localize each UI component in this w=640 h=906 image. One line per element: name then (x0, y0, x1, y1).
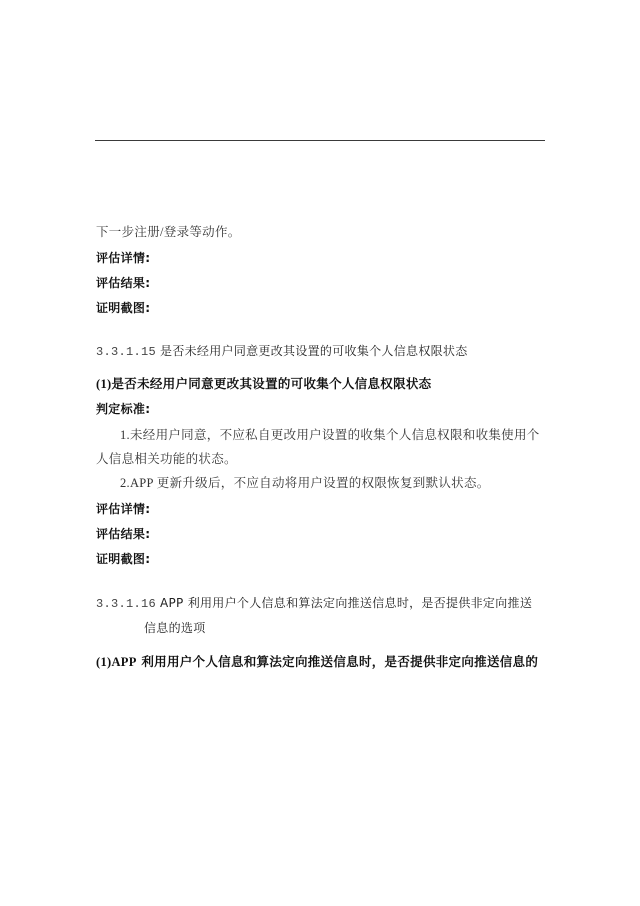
continuation-text: 下一步注册/登录等动作。 (96, 224, 241, 240)
item-1-title-3-3-1-16: (1)APP 利用用户个人信息和算法定向推送信息时，是否提供非定向推送信息的 (96, 654, 538, 670)
assessment-result-label: 评估结果: (96, 275, 150, 291)
criteria-label: 判定标准: (96, 401, 150, 417)
section-heading-3-3-1-16: 3.3.1.16APP 利用用户个人信息和算法定向推送信息时，是否提供非定向推送 (96, 595, 532, 612)
assessment-details-label: 评估详情: (96, 250, 150, 266)
item-title-text: 利用用户个人信息和算法定向推送信息时，是否提供非定向推送信息的 (137, 654, 538, 669)
section-number: 3.3.1.16 (96, 597, 156, 611)
item-title-text: 是否未经用户同意更改其设置的可收集个人信息权限状态 (111, 376, 431, 391)
item-prefix: (1) (96, 377, 111, 391)
assessment-details-label-2: 评估详情: (96, 501, 150, 517)
section-title: 是否未经用户同意更改其设置的可收集个人信息权限状态 (160, 344, 468, 358)
section-title-line2: 信息的选项 (144, 620, 206, 636)
proof-screenshot-label: 证明截图: (96, 300, 150, 316)
criteria-1-line2: 人信息相关功能的状态。 (96, 451, 237, 467)
criteria-1-line1: 1.未经用户同意，不应私自更改用户设置的收集个人信息权限和收集使用个 (120, 427, 540, 443)
proof-screenshot-label-2: 证明截图: (96, 551, 150, 567)
section-heading-3-3-1-15: 3.3.1.15是否未经用户同意更改其设置的可收集个人信息权限状态 (96, 343, 468, 360)
criteria-2: 2.APP 更新升级后，不应自动将用户设置的权限恢复到默认状态。 (120, 475, 490, 491)
section-title-line1: APP 利用用户个人信息和算法定向推送信息时，是否提供非定向推送 (160, 596, 532, 610)
section-number: 3.3.1.15 (96, 345, 156, 359)
header-rule (95, 140, 545, 141)
item-1-title: (1)是否未经用户同意更改其设置的可收集个人信息权限状态 (96, 376, 432, 392)
item-prefix: (1)APP (96, 655, 137, 669)
assessment-result-label-2: 评估结果: (96, 526, 150, 542)
